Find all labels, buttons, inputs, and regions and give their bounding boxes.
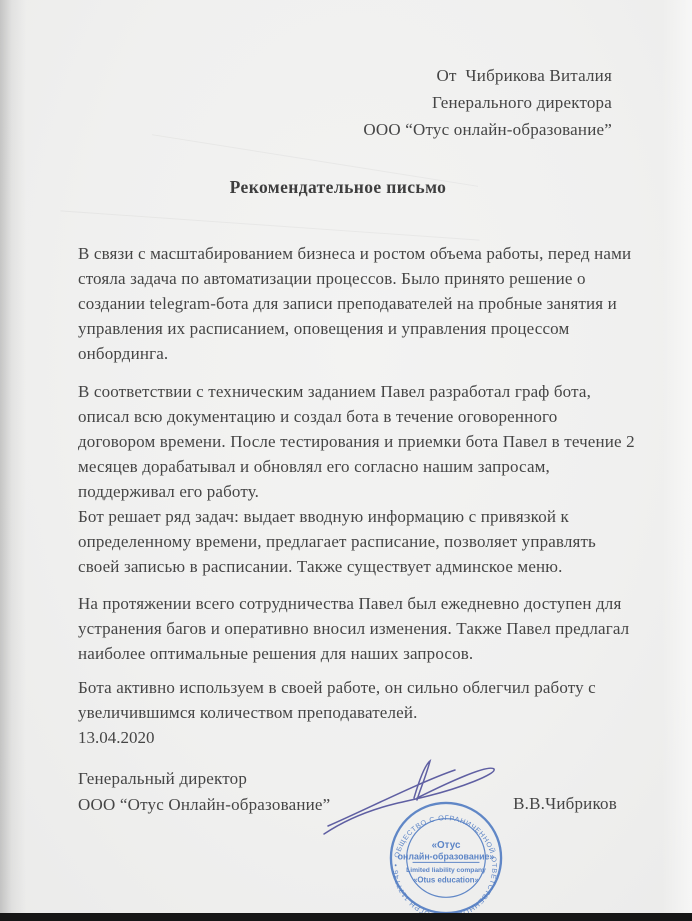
scan-edge-highlight-right bbox=[662, 0, 692, 921]
sender-line: ООО “Отус онлайн-образование” bbox=[363, 116, 612, 143]
letter-date: 13.04.2020 bbox=[78, 725, 155, 750]
text-line: Бот решает ряд задач: выдает вводную инф… bbox=[78, 504, 626, 529]
text-line: стояла задача по автоматизации процессов… bbox=[78, 266, 626, 291]
text-line: своей записью в расписании. Также сущест… bbox=[78, 554, 626, 579]
text-line: Бота активно используем в своей работе, … bbox=[78, 675, 626, 700]
paragraph-2: В соответствии с техническим заданием Па… bbox=[78, 379, 626, 579]
letter-sender-block: От Чибрикова Виталия Генерального директ… bbox=[363, 62, 612, 143]
paragraph-4: Бота активно используем в своей работе, … bbox=[78, 675, 626, 725]
paragraph-1: В связи с масштабированием бизнеса и рос… bbox=[78, 241, 626, 366]
text-line: описал всю документацию и создал бота в … bbox=[78, 404, 626, 429]
text-line: На протяжении всего сотрудничества Павел… bbox=[78, 591, 626, 616]
text-line: создании telegram-бота для записи препод… bbox=[78, 291, 626, 316]
text-line: устранения багов и оперативно вносил изм… bbox=[78, 616, 626, 641]
paragraph-3: На протяжении всего сотрудничества Павел… bbox=[78, 591, 626, 666]
letter-title: Рекомендательное письмо bbox=[78, 177, 598, 198]
scan-edge-bottom bbox=[0, 913, 692, 921]
text-line: В связи с масштабированием бизнеса и рос… bbox=[78, 241, 626, 266]
text-line: онбординга. bbox=[78, 341, 626, 366]
signer-name: В.В.Чибриков bbox=[513, 794, 617, 814]
scanned-letter-page: От Чибрикова Виталия Генерального директ… bbox=[0, 0, 692, 921]
text-line: управления их расписанием, оповещения и … bbox=[78, 316, 626, 341]
stamp-center-line: «Otus education» bbox=[413, 876, 480, 885]
signer-position-line: ООО “Отус Онлайн-образование” bbox=[78, 792, 330, 818]
text-line: наиболее оптимальные решения для наших з… bbox=[78, 641, 626, 666]
text-line: определенному времени, предлагает распис… bbox=[78, 529, 626, 554]
scan-crease bbox=[60, 210, 479, 240]
scan-edge-shadow-left bbox=[0, 0, 26, 921]
text-line: поддерживал его работу. bbox=[78, 479, 626, 504]
stamp-center-line: онлайн-образование» bbox=[398, 851, 495, 861]
sender-line: Генерального директора bbox=[363, 89, 612, 116]
signer-position-block: Генеральный директор ООО “Отус Онлайн-об… bbox=[78, 766, 330, 818]
text-line: месяцев дорабатывал и обновлял его согла… bbox=[78, 454, 626, 479]
text-line: увеличившимся количеством преподавателей… bbox=[78, 700, 626, 725]
text-line: В соответствии с техническим заданием Па… bbox=[78, 379, 626, 404]
sender-line: От Чибрикова Виталия bbox=[363, 62, 612, 89]
stamp-center-line: Limited liability company bbox=[406, 867, 486, 874]
handwritten-signature bbox=[310, 748, 510, 843]
signer-position-line: Генеральный директор bbox=[78, 766, 330, 792]
text-line: договором времени. После тестирования и … bbox=[78, 429, 626, 454]
